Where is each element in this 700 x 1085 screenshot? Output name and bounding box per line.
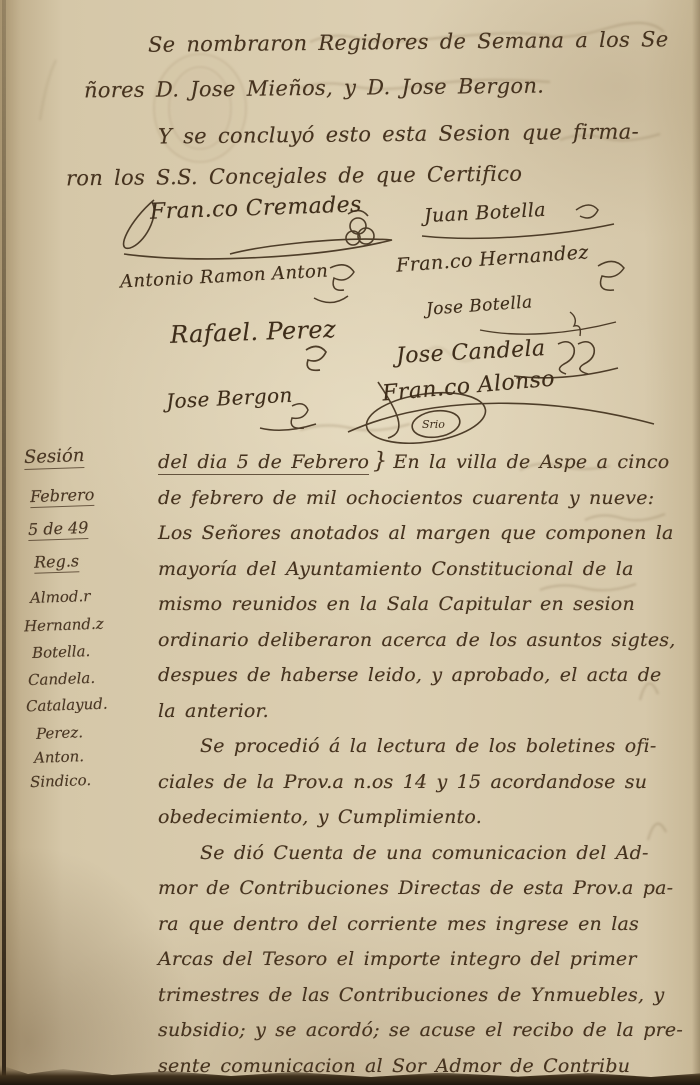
signature-secretary: Fran.co Alonso Srio — [318, 372, 668, 444]
session-body-line: ordinario deliberaron acerca de los asun… — [158, 623, 698, 659]
session-body-line: mor de Contribuciones Directas de esta P… — [158, 871, 698, 907]
session-body-line: trimestres de las Contribuciones de Ynmu… — [158, 978, 698, 1014]
session-heading: del dia 5 de Febrero}En la villa de Aspe… — [158, 444, 698, 481]
opening-line-3: Y se concluyó esto esta Sesion que firma… — [158, 119, 639, 148]
signature-hernandez: Fran.co Hernandez — [392, 244, 642, 298]
session-body: del dia 5 de Febrero}En la villa de Aspe… — [158, 444, 698, 1084]
page-binding-edge — [0, 0, 26, 1085]
page-right-edge — [692, 0, 700, 1085]
margin-note-anton: Anton. — [34, 747, 85, 767]
manuscript-page: Se nombraron Regidores de Semana a los S… — [0, 0, 700, 1085]
signature-juan-botella: Juan Botella — [418, 200, 618, 244]
session-body-line: Arcas del Tesoro el importe integro del … — [158, 942, 698, 978]
session-body-line: despues de haberse leido, y aprobado, el… — [158, 658, 698, 694]
session-body-line: de febrero de mil ochocientos cuarenta y… — [158, 481, 698, 517]
margin-note-candela: Candela. — [28, 669, 96, 689]
session-body-line: la anterior. — [158, 694, 698, 730]
session-heading-date: del dia 5 de Febrero — [158, 451, 369, 475]
margin-note-regidores: Reg.s — [34, 551, 80, 572]
margin-note-date: 5 de 49 — [28, 518, 89, 539]
session-body-line: ra que dentro del corriente mes ingrese … — [158, 907, 698, 943]
session-body-line: Los Señores anotados al margen que compo… — [158, 516, 698, 552]
session-body-line: Se dió Cuenta de una comunicacion del Ad… — [158, 836, 698, 872]
session-body-line: obedecimiento, y Cumplimiento. — [158, 800, 698, 836]
session-body-line: mismo reunidos en la Sala Capitular en s… — [158, 587, 698, 623]
session-body-line: subsidio; y se acordó; se acuse el recib… — [158, 1013, 698, 1049]
opening-line-2: ñores D. Jose Mieños, y D. Jose Bergon. — [84, 74, 544, 103]
margin-note-botella: Botella. — [32, 642, 91, 662]
margin-note-perez: Perez. — [36, 723, 84, 743]
margin-note-sindico: Sindico. — [30, 771, 92, 791]
signature-name: Rafael. Perez — [170, 315, 337, 349]
margin-note-sesion: Sesión — [24, 445, 85, 468]
margin-note-calatayud: Catalayud. — [26, 695, 108, 716]
signature-anton: Antonio Ramon Anton — [118, 258, 378, 310]
secretary-title: Srio — [422, 418, 445, 431]
margin-note-almodovar: Almod.r — [30, 587, 91, 607]
session-heading-rest: En la villa de Aspe a cinco — [393, 451, 669, 473]
signature-rafael-perez: Rafael. Perez — [168, 316, 368, 374]
session-body-line: Se procedió á la lectura de los boletine… — [158, 729, 698, 765]
margin-note-month: Febrero — [30, 485, 95, 506]
brace-mark: } — [373, 444, 387, 480]
signature-jose-botella: Jose Botella — [420, 294, 630, 338]
signature-bergon: Jose Bergon — [164, 384, 344, 434]
opening-line-4: ron los S.S. Concejales de que Certifico — [66, 162, 522, 191]
opening-line-1: Se nombraron Regidores de Semana a los S… — [148, 27, 669, 56]
margin-note-hernandez: Hernand.z — [24, 615, 104, 636]
session-body-line: ciales de la Prov.a n.os 14 y 15 acordan… — [158, 765, 698, 801]
session-body-line: mayoría del Ayuntamiento Constitucional … — [158, 552, 698, 588]
